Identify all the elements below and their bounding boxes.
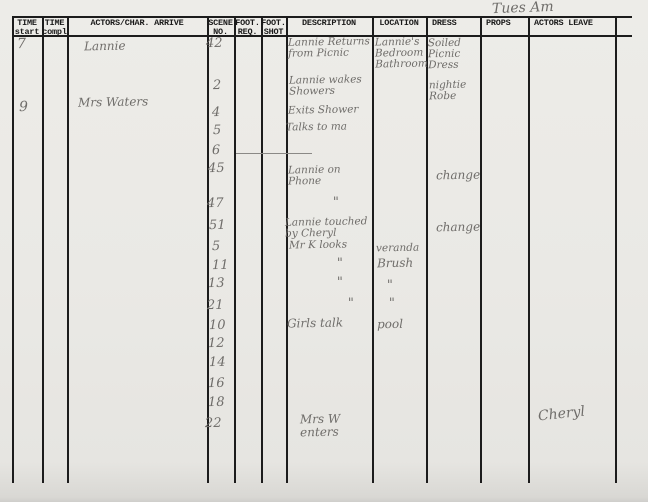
col-header-time-compl: TIME compl (42, 17, 67, 35)
scene-number: 42 (206, 37, 223, 51)
scene-number: 12 (208, 337, 225, 351)
description-entry: Lannie touched by Cheryl (285, 216, 368, 239)
scene-number: 18 (208, 396, 225, 410)
scene-number: 21 (207, 299, 224, 313)
location-entry: Brush (377, 257, 413, 270)
col-header-actors-leave: ACTORS LEAVE (528, 17, 615, 35)
table-column-line (480, 16, 482, 483)
location-entry: Lannie's Bedroom Bathroom (375, 37, 428, 71)
time-start-entry: 7 (17, 37, 26, 52)
scene-number: 13 (208, 277, 225, 291)
scene-number: 6 (212, 144, 221, 158)
scene-number: 10 (209, 319, 226, 333)
scene-number: 51 (209, 219, 226, 233)
table-column-line (528, 16, 530, 483)
location-ditto: " (387, 279, 393, 293)
description-entry: Mrs W enters (300, 413, 341, 439)
description-ditto: " (333, 196, 339, 210)
actor-arrive-entry: Mrs Waters (78, 95, 148, 109)
col-header-description: DESCRIPTION (286, 17, 372, 35)
description-entry: Exits Shower (288, 104, 359, 116)
description-entry: Mr K looks (289, 239, 347, 251)
scene-number: 2 (213, 79, 222, 93)
scene-number: 16 (208, 377, 225, 391)
col-header-foot-req: FOOT. REQ. (234, 17, 261, 35)
day-annotation: Tues Am (492, 0, 554, 17)
location-entry: pool (377, 318, 403, 331)
table-column-line (12, 16, 14, 483)
table-column-line (67, 16, 69, 483)
table-column-line (42, 16, 44, 483)
table-column-line (615, 16, 617, 483)
scene-number: 11 (212, 259, 229, 273)
col-header-location: LOCATION (372, 17, 426, 35)
table-column-line (372, 16, 374, 483)
table-column-line (234, 16, 236, 483)
dress-entry: nightie Robe (429, 80, 467, 103)
col-header-actors-arrive: ACTORS/CHAR. ARRIVE (67, 17, 207, 35)
description-ditto: " (337, 257, 343, 271)
description-entry: Lannie Returns from Picnic (288, 36, 370, 59)
description-entry: Girls talk (287, 317, 343, 331)
table-column-line (207, 16, 209, 483)
scanned-production-log-sheet: Tues Am TIME start TIME compl ACTORS/CHA… (0, 0, 648, 502)
actor-leave-entry: Cheryl (537, 405, 585, 425)
scene-number: 22 (205, 417, 222, 431)
dress-entry: change (436, 169, 480, 182)
scene-number: 5 (213, 124, 222, 138)
description-entry: Lannie on Phone (288, 165, 341, 188)
description-entry: Lannie wakes Showers (289, 74, 362, 97)
dress-entry: Soiled Picnic Dress (428, 38, 462, 72)
time-start-entry: 9 (19, 100, 28, 115)
description-ditto: " (337, 276, 343, 290)
scene-number: 14 (209, 356, 226, 370)
scene-6-dash-mark (236, 153, 312, 154)
description-ditto: " (348, 297, 354, 311)
scene-number: 45 (208, 162, 225, 176)
dress-entry: change (436, 221, 480, 234)
actor-arrive-entry: Lannie (84, 40, 126, 53)
scene-number: 4 (212, 106, 221, 120)
table-column-line (426, 16, 428, 483)
col-header-time-start: TIME start (12, 17, 42, 35)
col-header-dress: DRESS (426, 17, 474, 35)
scene-number: 5 (212, 240, 221, 254)
col-header-foot-shot: FOOT. SHOT (261, 17, 286, 35)
col-header-scene-no: SCENE NO. (207, 17, 234, 35)
col-header-props: PROPS (480, 17, 528, 35)
location-ditto: " (389, 297, 395, 311)
table-column-line (261, 16, 263, 483)
scene-number: 47 (207, 197, 224, 211)
location-entry: veranda (376, 243, 419, 255)
table-column-line (286, 16, 288, 483)
description-entry: Talks to ma (286, 121, 347, 133)
